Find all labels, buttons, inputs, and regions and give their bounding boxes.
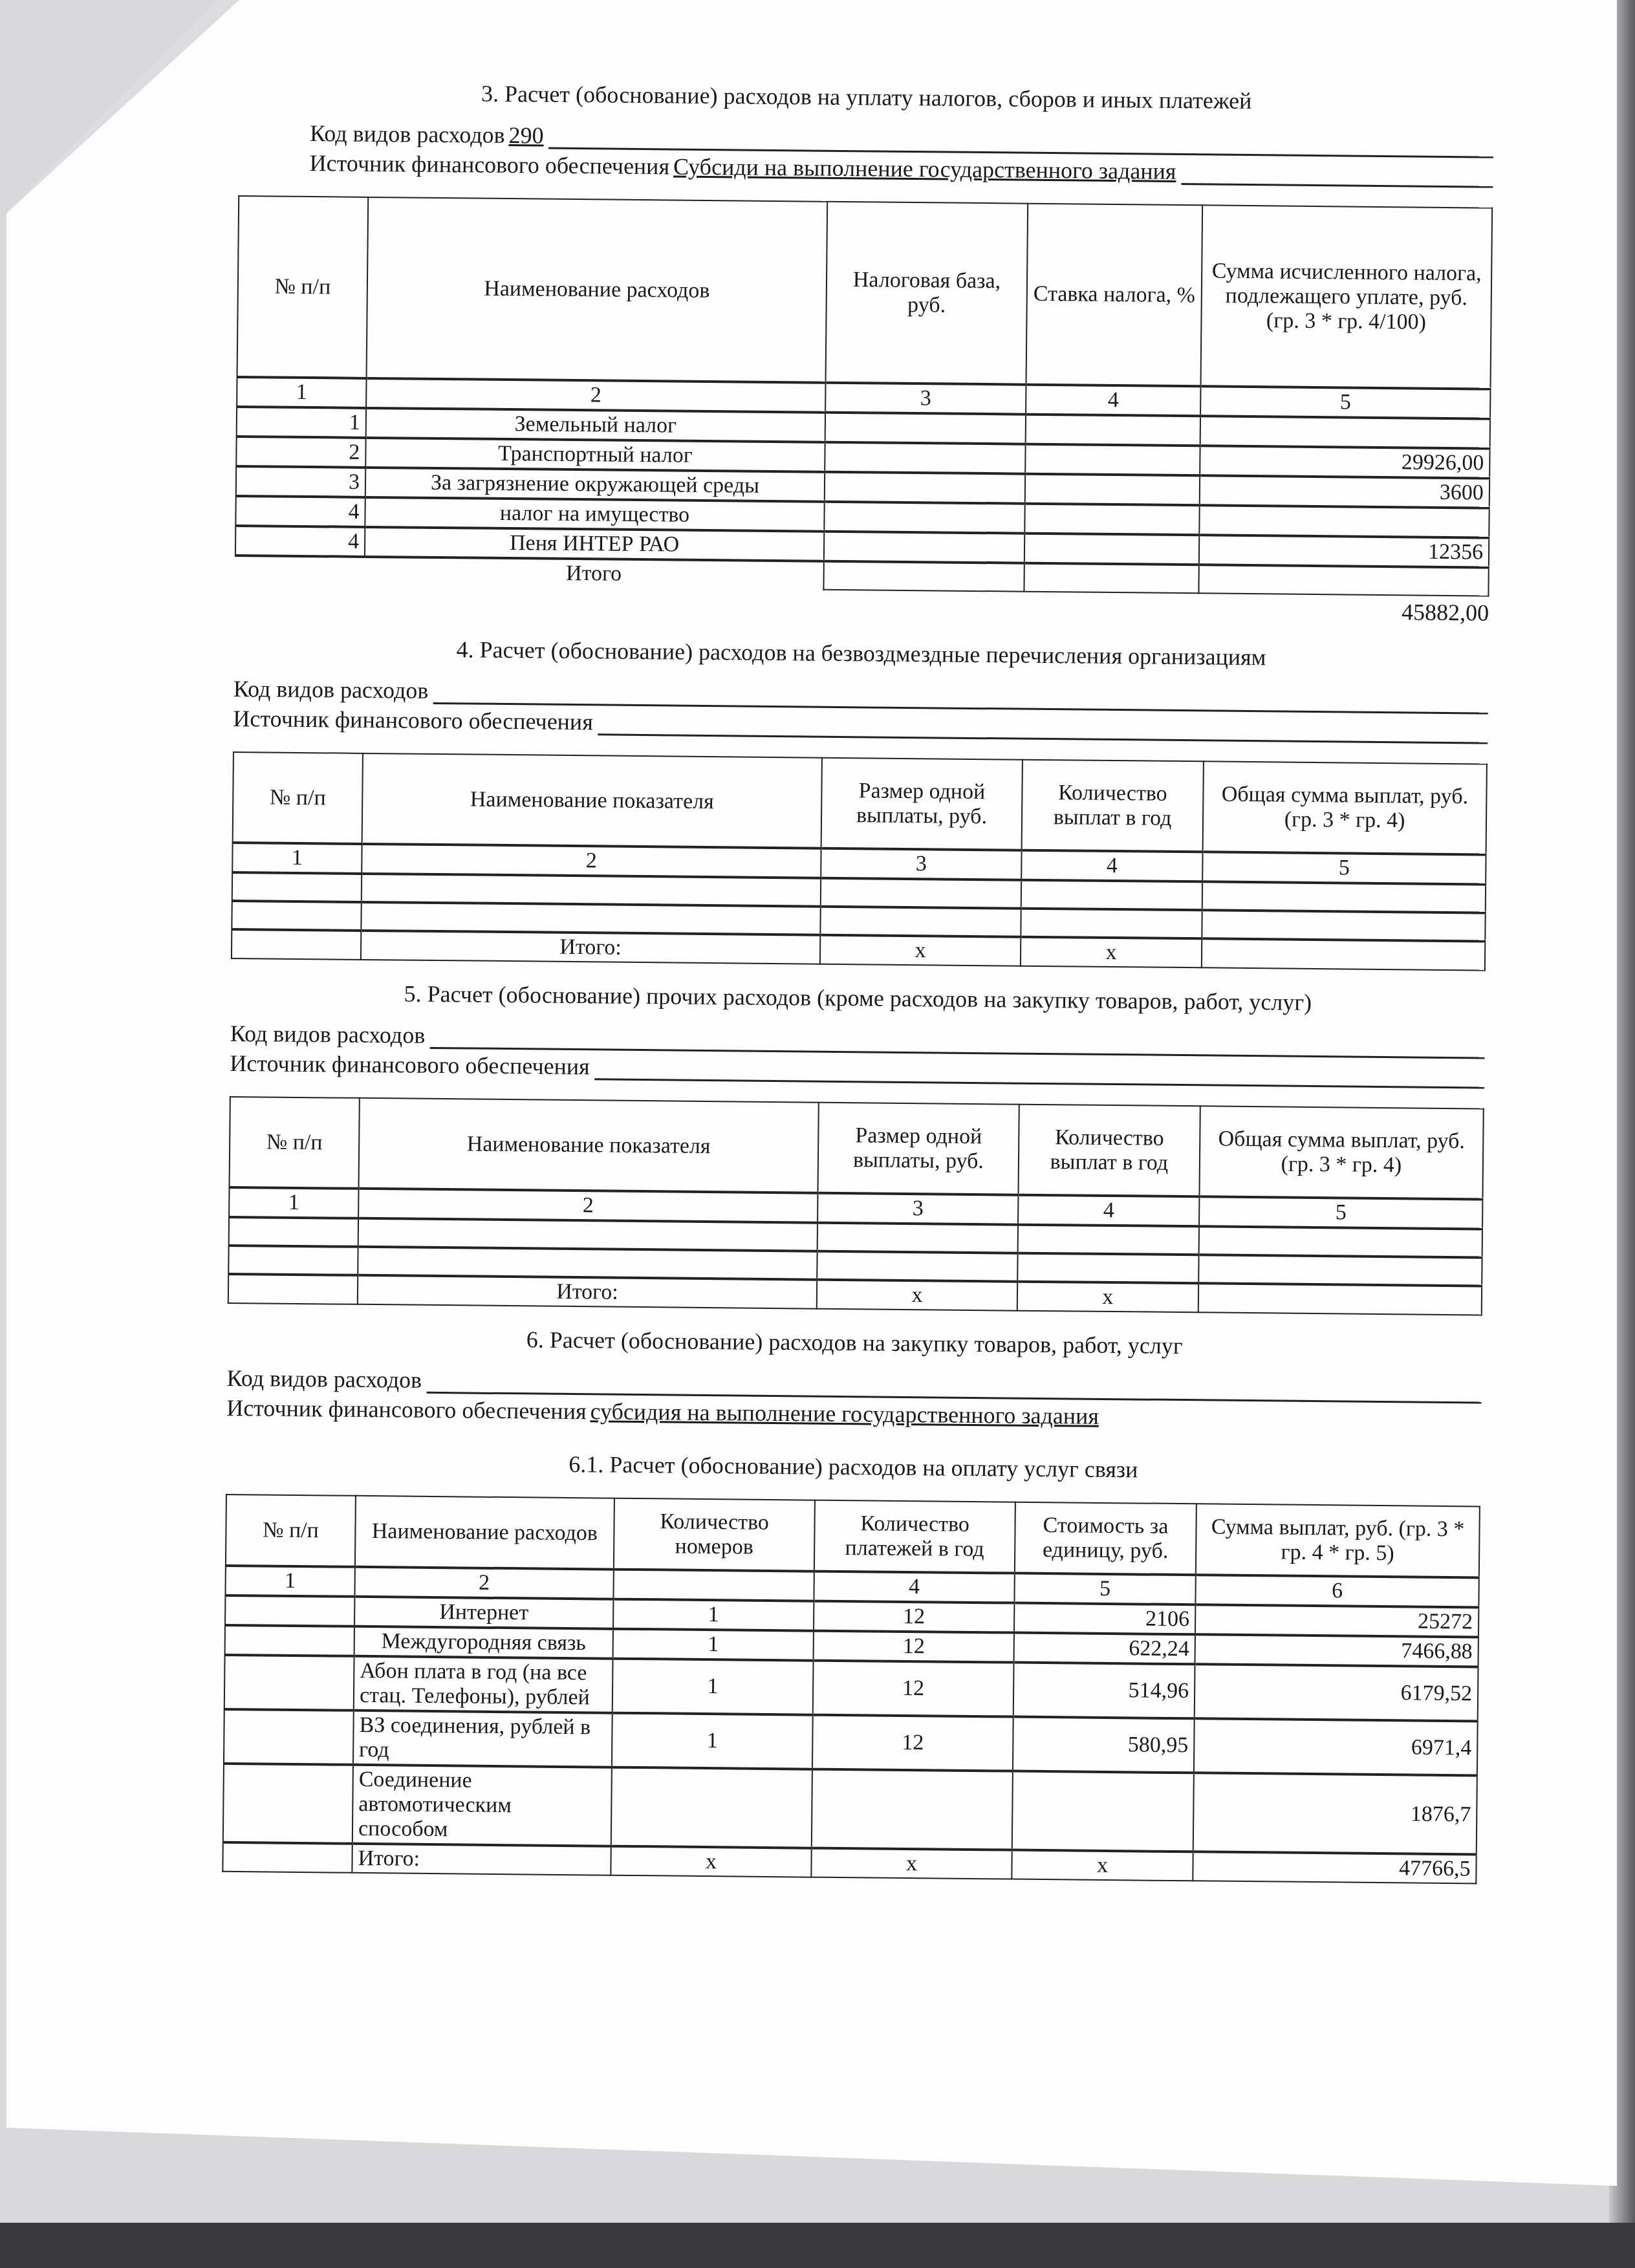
section-6: 6. Расчет (обоснование) расходов на заку…	[222, 1323, 1482, 1885]
table-header-row: № п/п Наименование показателя Размер одн…	[230, 1097, 1484, 1200]
table-header-row: № п/п Наименование расходов Налоговая ба…	[237, 196, 1493, 389]
code-label: Код видов расходов	[233, 675, 429, 704]
section-6-title: 6. Расчет (обоснование) расходов на заку…	[227, 1323, 1482, 1363]
section-3: 3. Расчет (обоснование) расходов на упла…	[234, 78, 1494, 627]
total-value: 47766,5	[1193, 1852, 1476, 1883]
source-label: Источник финансового обеспечения	[226, 1394, 587, 1425]
source-value: субсидия на выполнение государственного …	[590, 1398, 1099, 1430]
table-header-row: № п/п Наименование показателя Размер одн…	[233, 752, 1487, 855]
source-label: Источник финансового обеспечения	[230, 1050, 590, 1080]
section-3-table: № п/п Наименование расходов Налоговая ба…	[234, 195, 1493, 597]
document-page: 3. Расчет (обоснование) расходов на упла…	[6, 0, 1617, 2186]
source-label: Источник финансового обеспечения	[310, 149, 670, 180]
section-5-table: № п/п Наименование показателя Размер одн…	[228, 1096, 1484, 1316]
section-5-title: 5. Расчет (обоснование) прочих расходов …	[230, 978, 1485, 1018]
header-name: Наименование расходов	[367, 197, 828, 383]
scanner-edge-bottom	[0, 2223, 1635, 2268]
header-tax-base: Налоговая база, руб.	[826, 202, 1028, 385]
section-4-title: 4. Расчет (обоснование) расходов на безв…	[233, 634, 1488, 673]
code-value: 290	[508, 122, 543, 149]
code-label: Код видов расходов	[310, 120, 505, 149]
table-row: Соединение автомотическим способом 1876,…	[223, 1764, 1477, 1855]
header-tax-rate: Ставка налога, %	[1026, 204, 1202, 387]
section-5: 5. Расчет (обоснование) прочих расходов …	[228, 978, 1486, 1316]
code-label: Код видов расходов	[226, 1365, 422, 1394]
total-label: Итого:	[358, 1275, 817, 1309]
section-4: 4. Расчет (обоснование) расходов на безв…	[231, 634, 1489, 971]
total-label: Итого:	[361, 931, 820, 964]
subsection-6-1-title: 6.1. Расчет (обоснование) расходов на оп…	[226, 1447, 1480, 1487]
section-6-1-table: № п/п Наименование расходов Количество н…	[222, 1494, 1480, 1885]
page-content: 3. Расчет (обоснование) расходов на упла…	[222, 78, 1494, 1903]
total-label: Итого	[364, 557, 823, 590]
code-label: Код видов расходов	[230, 1020, 426, 1049]
section-3-title: 3. Расчет (обоснование) расходов на упла…	[239, 78, 1494, 117]
header-num: № п/п	[237, 196, 369, 378]
total-label: Итого:	[352, 1844, 611, 1875]
header-tax-sum: Сумма исчисленного налога, подлежащего у…	[1200, 205, 1492, 389]
source-value: Субсиди на выполнение государственного з…	[673, 153, 1176, 184]
folded-corner	[6, 0, 239, 220]
section-4-table: № п/п Наименование показателя Размер одн…	[231, 751, 1488, 971]
table-header-row: № п/п Наименование расходов Количество н…	[226, 1495, 1480, 1578]
source-label: Источник финансового обеспечения	[233, 705, 593, 735]
